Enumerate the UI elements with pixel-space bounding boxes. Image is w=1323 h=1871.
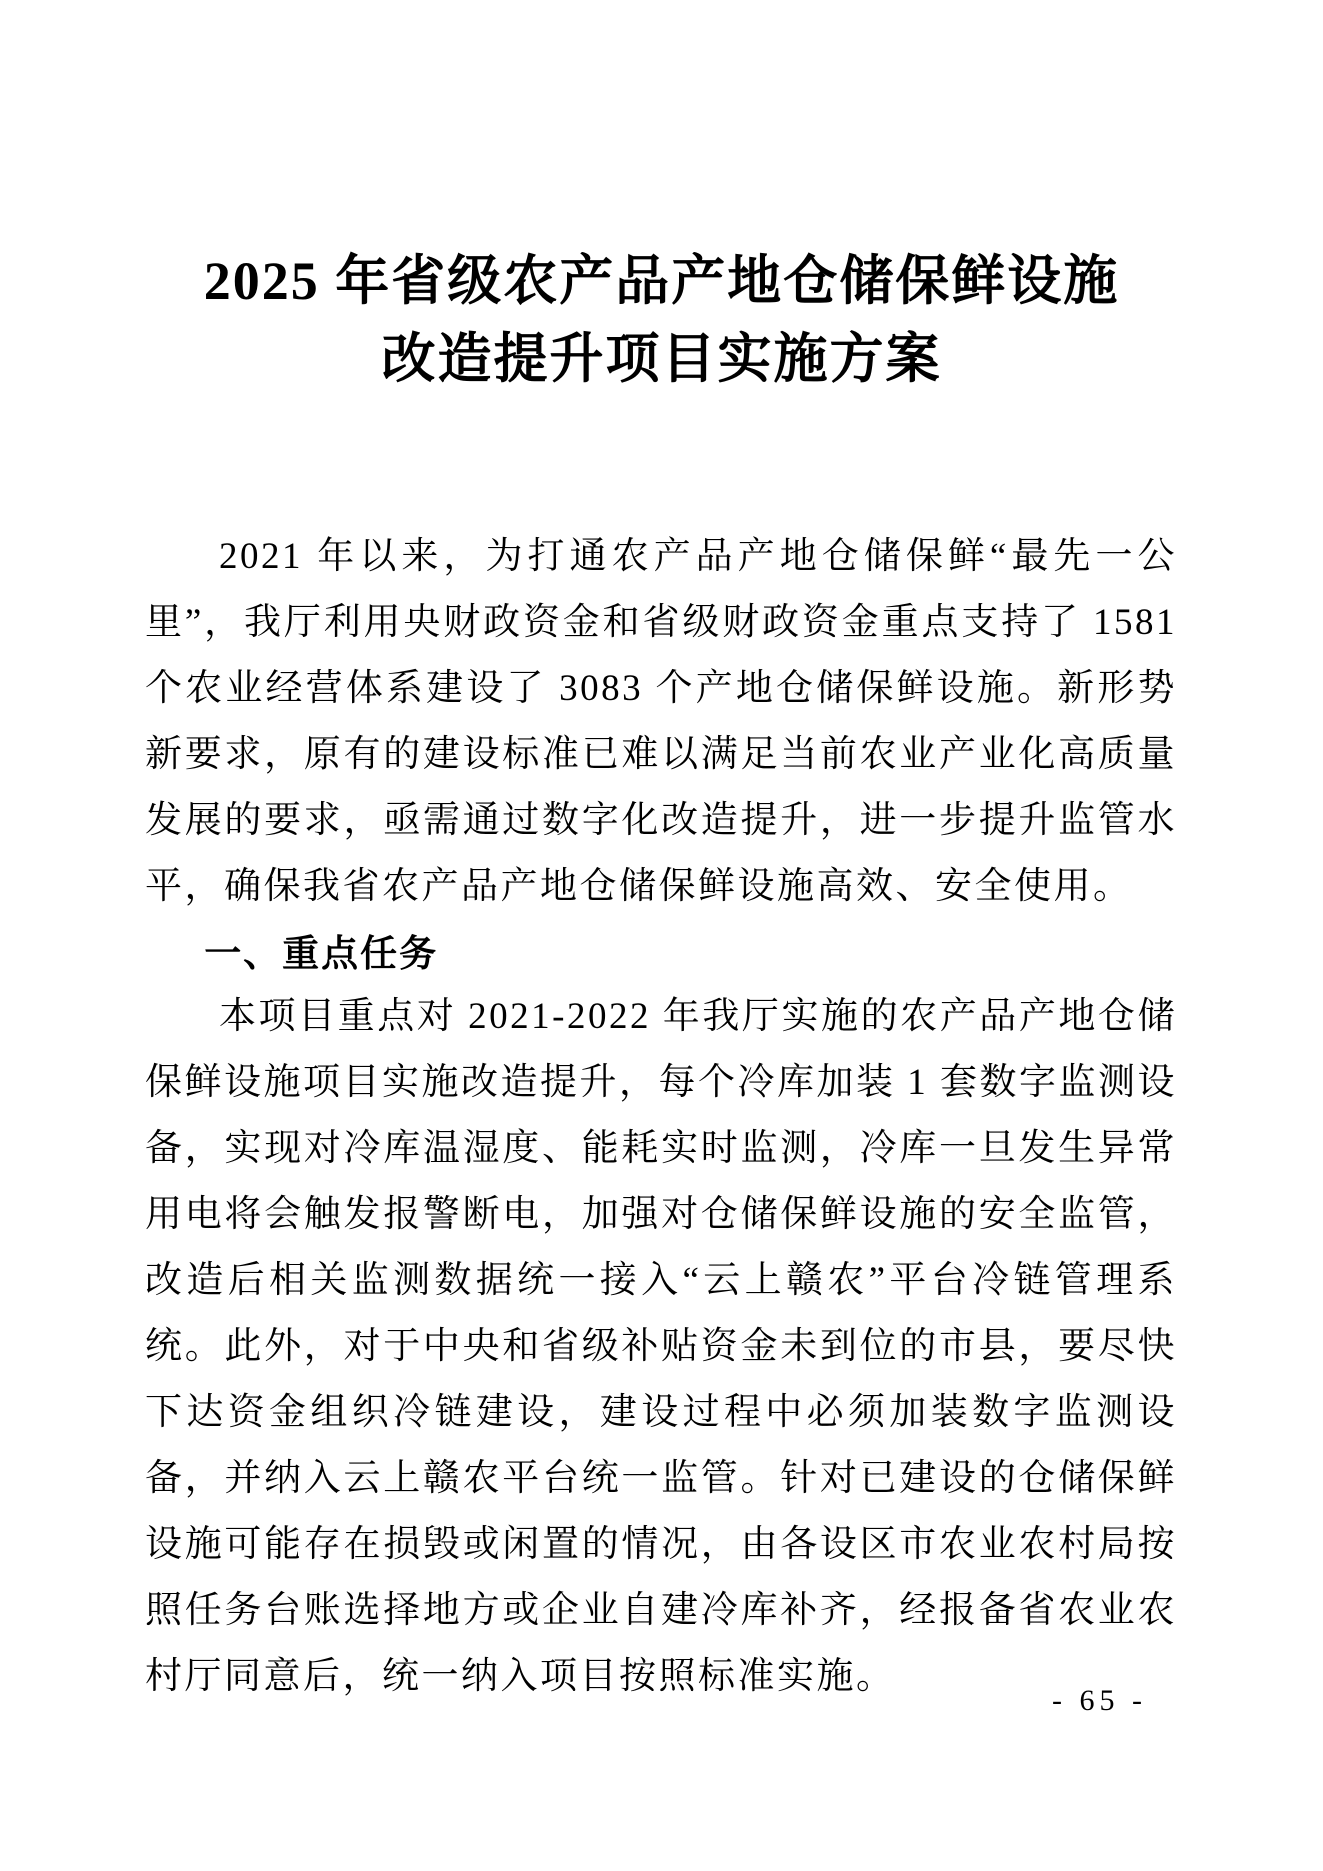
key-tasks-paragraph: 本项目重点对 2021-2022 年我厅实施的农产品产地仓储保鲜设施项目实施改造…	[145, 984, 1177, 1710]
intro-paragraph: 2021 年以来，为打通农产品产地仓储保鲜“最先一公里”，我厅利用央财政资金和省…	[145, 524, 1177, 920]
document-page: 2025 年省级农产品产地仓储保鲜设施 改造提升项目实施方案 2021 年以来，…	[0, 0, 1323, 1871]
document-title-line1: 2025 年省级农产品产地仓储保鲜设施	[0, 242, 1323, 320]
page-number: - 65 -	[1052, 1684, 1147, 1718]
section-heading-key-tasks: 一、重点任务	[145, 928, 1177, 980]
document-title: 2025 年省级农产品产地仓储保鲜设施 改造提升项目实施方案	[0, 242, 1323, 398]
document-title-line2: 改造提升项目实施方案	[0, 320, 1323, 398]
